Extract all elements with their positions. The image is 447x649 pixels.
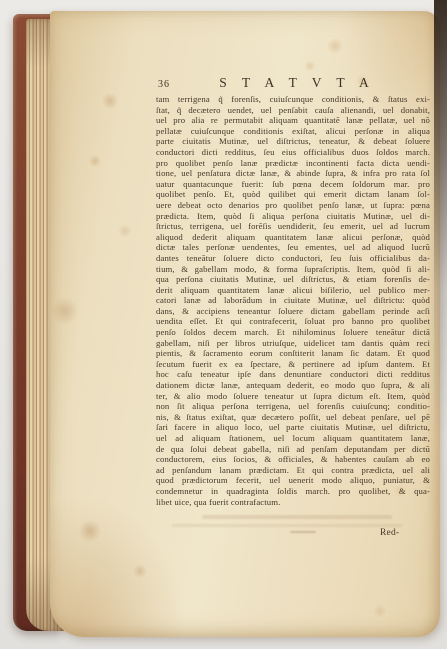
book-page: 36 S T A T V T A tam terrigena q̃ forenſ…	[50, 11, 440, 637]
text-line: catori lanæ ad laborādum in ciuitate Mut…	[156, 295, 430, 306]
text-line: condemnetur in quadraginta ſoldis march.…	[156, 486, 430, 497]
text-line: dantes teneātur ſoluere dicto conductori…	[156, 253, 430, 264]
running-header: 36 S T A T V T A	[156, 75, 432, 91]
text-line: uatur quantacunque fuerit: ſub pœna dece…	[156, 179, 430, 190]
text-line: derit aliquam quantitatem lanæ alicui bi…	[156, 285, 430, 296]
bleedthrough-mark	[290, 531, 316, 533]
bleedthrough-line	[202, 515, 392, 519]
text-line: nis, & ſtatus exiſtat, quæ decætero poſſ…	[156, 412, 430, 423]
text-line: ſari facere in aliquo loco, uel parte ci…	[156, 422, 430, 433]
text-line: non ſit aliqua perſona terrigena, uel fo…	[156, 401, 430, 412]
text-line: conductorem, eius ſocios, & officiales, …	[156, 454, 430, 465]
text-line: dans, & accipiens teneantur ſoluere dict…	[156, 306, 430, 317]
text-line: ad penſandum lanam prædictam. Et qui con…	[156, 465, 430, 476]
text-line: uel ad aliquam ſtationem, uel locum aliq…	[156, 433, 430, 444]
text-line: pientis, & ſacramento eorum conſtiterit …	[156, 348, 430, 359]
text-line: libet uice, qua fuerit contrafactum.	[156, 497, 430, 508]
text-line: quod prædictorum fecerit, uel uenerit mo…	[156, 475, 430, 486]
text-line: parte ciuitatis Mutinæ, uel diſtrictus, …	[156, 136, 430, 147]
text-line: ſtat, q̃ decætero uendet, uel penſabit c…	[156, 105, 430, 116]
text-line: penſo ſoldos decem march. Et nihilominus…	[156, 327, 430, 338]
text-line: tam terrigena q̃ forenſis, cuiuſcunque c…	[156, 94, 430, 105]
text-line: conductori dicti redditus, ſeu eius offi…	[156, 147, 430, 158]
text-line: de qua ſolui debeat gabella, niſi ad pen…	[156, 444, 430, 455]
book-scan-photo: 36 S T A T V T A tam terrigena q̃ forenſ…	[0, 0, 447, 649]
text-line: uendita eſſet. Et qui contrafecerit, ſol…	[156, 316, 430, 327]
photo-right-dark-edge	[434, 0, 447, 440]
body-text-block: tam terrigena q̃ forenſis, cuiuſcunque c…	[156, 94, 430, 507]
bleedthrough-line	[172, 524, 402, 527]
text-line: gabellam, niſi per libros utriuſque, uid…	[156, 338, 430, 349]
text-line: ſtrictus, terrigena, uel forēſis uendide…	[156, 221, 430, 232]
text-line: tione, uel penſatura dictæ lanæ, & abind…	[156, 168, 430, 179]
text-line: uel pro alia re permutabit aliquam quant…	[156, 115, 430, 126]
catchword: Red-	[380, 528, 399, 538]
text-line: ter, & alio modo ſoluere teneatur ut ſup…	[156, 391, 430, 402]
text-line: hoc caſu teneatur ipſe dans denuntiare c…	[156, 369, 430, 380]
running-title: S T A T V T A	[156, 75, 432, 91]
text-line: pro quolibet penſo lanæ prædictæ inconti…	[156, 158, 430, 169]
text-line: dationem dictæ lanæ, antequam dederit, e…	[156, 380, 430, 391]
text-line: qua perſona ciuitatis Mutinæ, uel diſtri…	[156, 274, 430, 285]
text-line: prædicta. Item, quòd ſi aliqua perſona c…	[156, 211, 430, 222]
text-line: aliquod dederit aliquam quantitatem lanæ…	[156, 232, 430, 243]
text-line: ſecutum fuerit ex ea ſpectare, & pertine…	[156, 359, 430, 370]
text-line: tium, & gabellam modo, & forma ſupraſcri…	[156, 264, 430, 275]
text-line: pellatæ cuiuſcunque conditionis exiſtat,…	[156, 126, 430, 137]
text-line: quolibet penſo. Et, quòd quilibet qui em…	[156, 189, 430, 200]
text-line: uere debeat octo denarios pro quolibet p…	[156, 200, 430, 211]
text-line: dictæ tales perſonæ uendentes, ſeu ement…	[156, 242, 430, 253]
